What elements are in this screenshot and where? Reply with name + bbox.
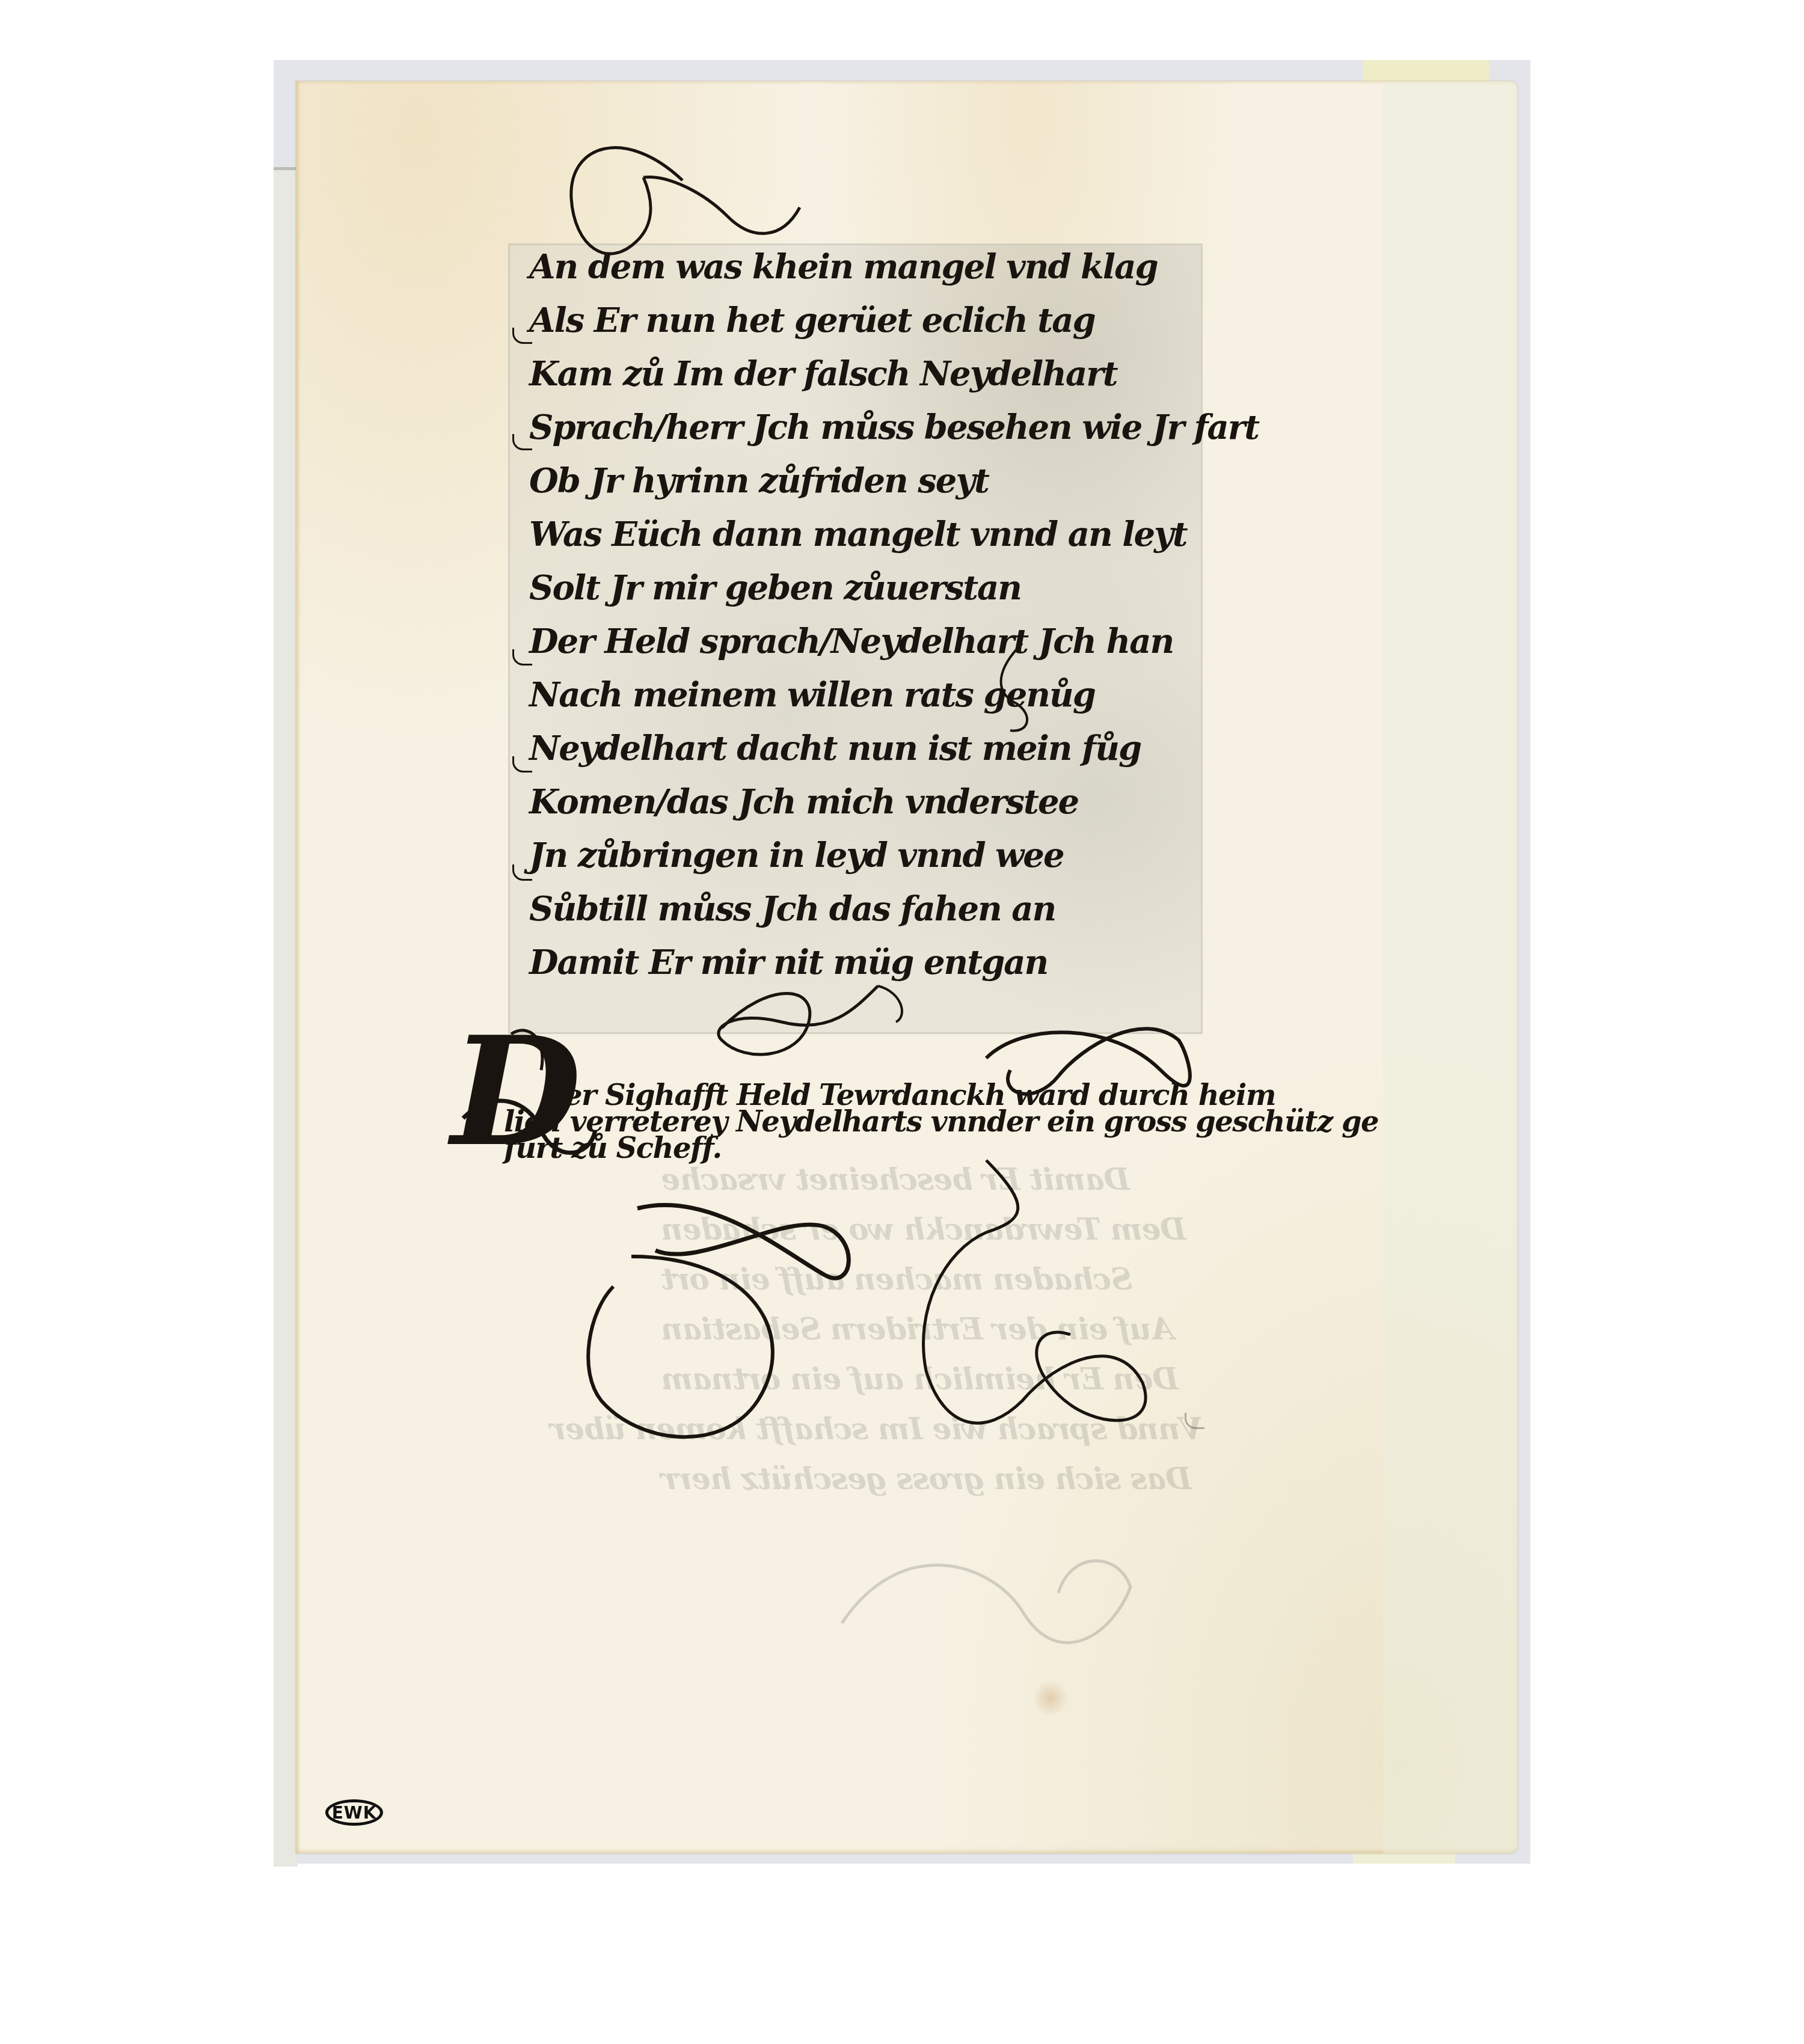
bleed-line: Das sich ein gross geschütz herr (661, 1454, 1203, 1504)
verse-line: Ob Jr hyrinn zůfriden seyt (529, 454, 1259, 508)
verse-line: Neydelhart dacht nun ist mein fůg (529, 722, 1259, 776)
chapter-caption: er Sighafft Held Tewrdanckh ward durch h… (504, 1082, 1226, 1161)
verse-line: Als Er nun het gerüet eclich tag (529, 294, 1259, 347)
bleed-line: Dem Tewrdanckh wo er schaden (661, 1204, 1203, 1254)
stamp-label: EWK (332, 1803, 377, 1823)
verse-line: Kam zů Im der falsch Neydelhart (529, 347, 1259, 401)
verse-line: Damit Er mir nit müg entgan (529, 936, 1259, 990)
verse-line: Sůbtill můss Jch das fahen an (529, 883, 1259, 936)
paper-edge-tint (1383, 81, 1518, 1853)
verse-line: Solt Jr mir geben zůuerstan (529, 561, 1259, 615)
mount-strip (274, 167, 298, 1867)
bleed-line: Den Er heimlich auf ein ortnam (661, 1354, 1203, 1404)
verse-line: Jn zůbringen in leyd vnnd wee (529, 829, 1259, 883)
caption-line: fürt zů Scheff. (504, 1135, 1226, 1161)
collector-stamp: EWK (325, 1799, 383, 1826)
verse-block: An dem was khein mangel vnd klag Als Er … (529, 240, 1259, 990)
verse-line: Was Eüch dann mangelt vnnd an leyt (529, 508, 1259, 561)
bleed-line: Schaden machen auff ein ort (661, 1254, 1203, 1304)
bleed-through-text: Damit Er bescheinet vrsache Dem Tewrdanc… (661, 1154, 1203, 1504)
bleed-line: Auf ein der Ertridern Sebastian (661, 1304, 1203, 1354)
verse-line: Sprach/herr Jch můss besehen wie Jr fart (529, 401, 1259, 454)
verse-line: Komen/das Jch mich vnderstee (529, 776, 1259, 829)
verse-line: An dem was khein mangel vnd klag (529, 240, 1259, 294)
bleed-line: Vnnd sprach wie Im schafft komen über (661, 1404, 1203, 1454)
verse-line: Nach meinem willen rats genůg (529, 669, 1259, 722)
bleed-line: Damit Er bescheinet vrsache (661, 1154, 1203, 1204)
verse-line: Der Held sprach/Neydelhart Jch han (529, 615, 1259, 669)
